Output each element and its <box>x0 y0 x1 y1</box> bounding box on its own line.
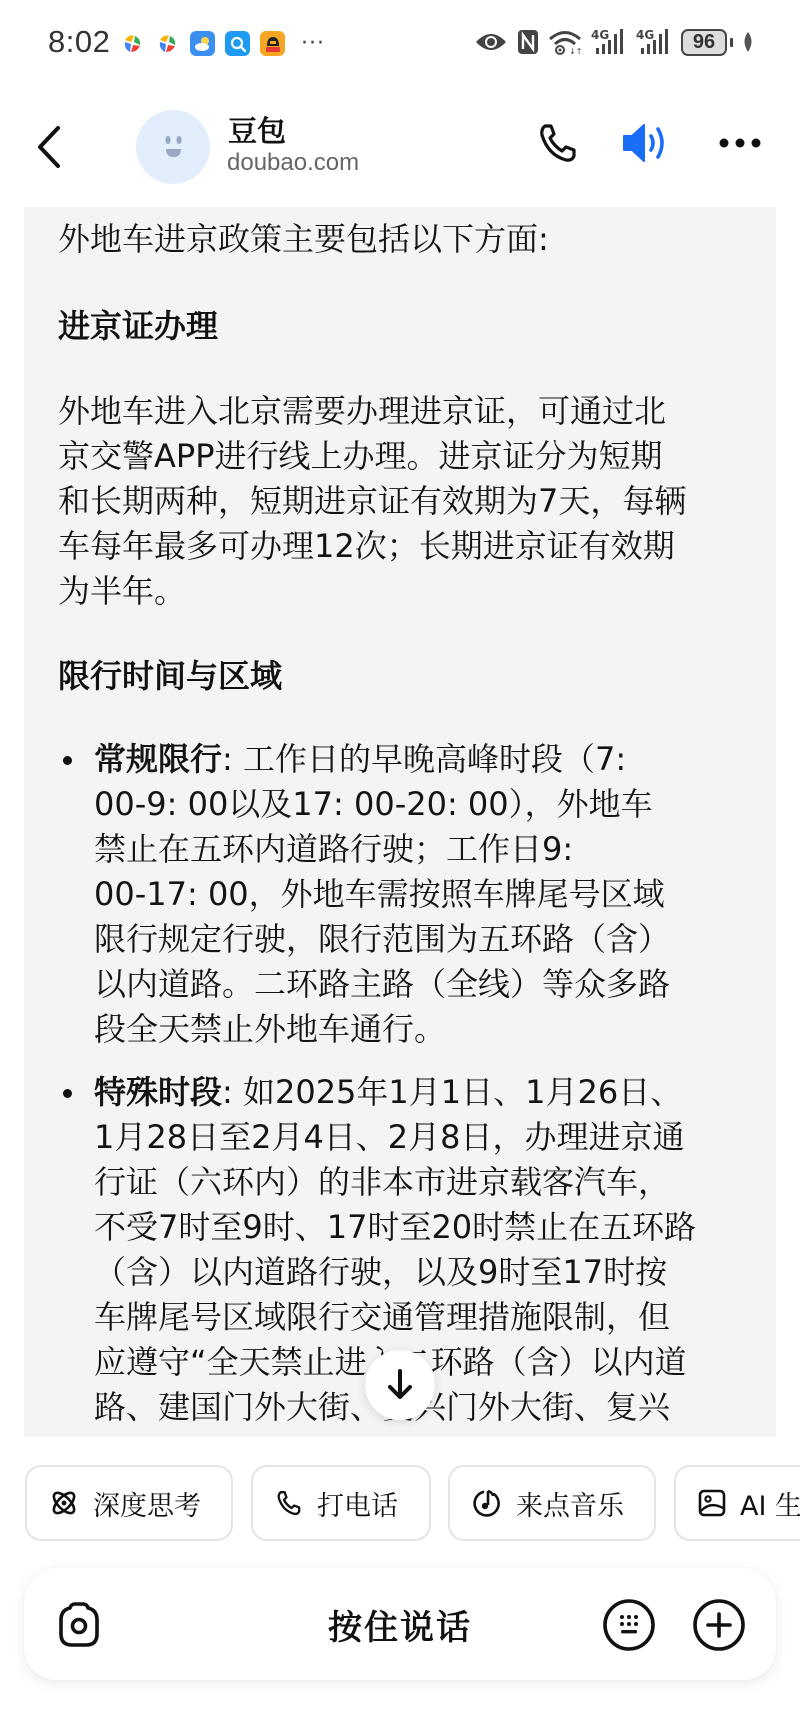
driver-app-icon <box>260 31 285 56</box>
leaf-icon <box>742 31 754 53</box>
hold-to-talk-button[interactable]: 按住说话 <box>24 1600 776 1649</box>
keyboard-icon <box>602 1598 656 1652</box>
more-dots-icon <box>718 137 762 149</box>
bot-avatar[interactable] <box>136 110 210 184</box>
bot-domain: doubao.com <box>227 149 359 177</box>
arrow-down-icon <box>385 1368 415 1402</box>
bullet-list: 常规限行: 工作日的早晚高峰时段（7: 00-9: 00以及17: 00-20:… <box>58 737 742 1430</box>
ai-image-chip[interactable]: AI 生 <box>674 1465 800 1541</box>
call-chip[interactable]: 打电话 <box>251 1465 431 1541</box>
search-app-icon <box>225 31 250 56</box>
eye-icon <box>474 30 508 54</box>
svg-text:↓↑: ↓↑ <box>569 47 582 55</box>
deep-think-chip[interactable]: 深度思考 <box>25 1465 233 1541</box>
app-notification-icon <box>120 31 145 56</box>
input-bar: 按住说话 <box>24 1568 776 1680</box>
4g-signal-icon: 4G <box>591 28 627 56</box>
back-button[interactable] <box>30 120 70 175</box>
bullet-label: 特殊时段 <box>94 1073 222 1111</box>
more-notifications-icon: ··· <box>301 34 325 54</box>
plus-circle-icon <box>692 1598 746 1652</box>
bullet-label: 常规限行 <box>94 740 222 778</box>
list-item: 常规限行: 工作日的早晚高峰时段（7: 00-9: 00以及17: 00-20:… <box>58 737 742 1052</box>
app-notification-icon <box>155 31 180 56</box>
phone-icon <box>536 121 580 165</box>
chevron-left-icon <box>30 120 70 175</box>
add-attachment-button[interactable] <box>692 1598 746 1652</box>
image-icon <box>698 1489 726 1517</box>
phone-icon <box>275 1489 303 1517</box>
system-status: ↓↑ 4G 4G 96 <box>474 28 754 56</box>
call-button[interactable] <box>532 117 584 169</box>
weather-icon <box>190 31 215 56</box>
nfc-icon <box>517 29 539 55</box>
music-chip[interactable]: 来点音乐 <box>448 1465 656 1541</box>
svg-text:4G: 4G <box>591 28 609 42</box>
section-heading: 进京证办理 <box>58 304 742 349</box>
battery-tip <box>730 38 733 47</box>
4g-signal-icon: 4G <box>636 28 672 56</box>
atom-icon <box>49 1488 79 1518</box>
chat-header: 豆包 doubao.com <box>0 95 800 200</box>
section-heading: 限行时间与区域 <box>58 654 742 699</box>
section-paragraph: 外地车进入北京需要办理进京证，可通过北 京交警APP进行线上办理。进京证分为短期… <box>58 389 742 614</box>
quick-actions-row[interactable]: 深度思考 打电话 来点音乐 AI 生 <box>0 1465 800 1543</box>
speaker-icon <box>620 121 672 165</box>
status-bar: 8:02 ··· ↓↑ 4G 4G 96 <box>0 0 800 90</box>
scroll-to-bottom-button[interactable] <box>365 1350 435 1420</box>
chat-scroll-area[interactable]: 外地车进京政策主要包括以下方面: 进京证办理 外地车进入北京需要办理进京证，可通… <box>0 205 800 1437</box>
clock: 8:02 <box>48 24 110 60</box>
voice-playback-button[interactable] <box>620 117 672 169</box>
assistant-message-bubble: 外地车进京政策主要包括以下方面: 进京证办理 外地车进入北京需要办理进京证，可通… <box>24 207 776 1437</box>
keyboard-button[interactable] <box>602 1598 656 1652</box>
svg-text:4G: 4G <box>636 28 654 42</box>
notification-icons: ··· <box>120 31 325 56</box>
smile-face-icon <box>136 110 210 184</box>
wifi-icon: ↓↑ <box>548 29 582 55</box>
more-options-button[interactable] <box>714 117 766 169</box>
music-icon <box>472 1488 502 1518</box>
battery-indicator: 96 <box>681 29 727 56</box>
message-intro: 外地车进京政策主要包括以下方面: <box>58 217 742 262</box>
bot-name: 豆包 <box>228 109 286 150</box>
